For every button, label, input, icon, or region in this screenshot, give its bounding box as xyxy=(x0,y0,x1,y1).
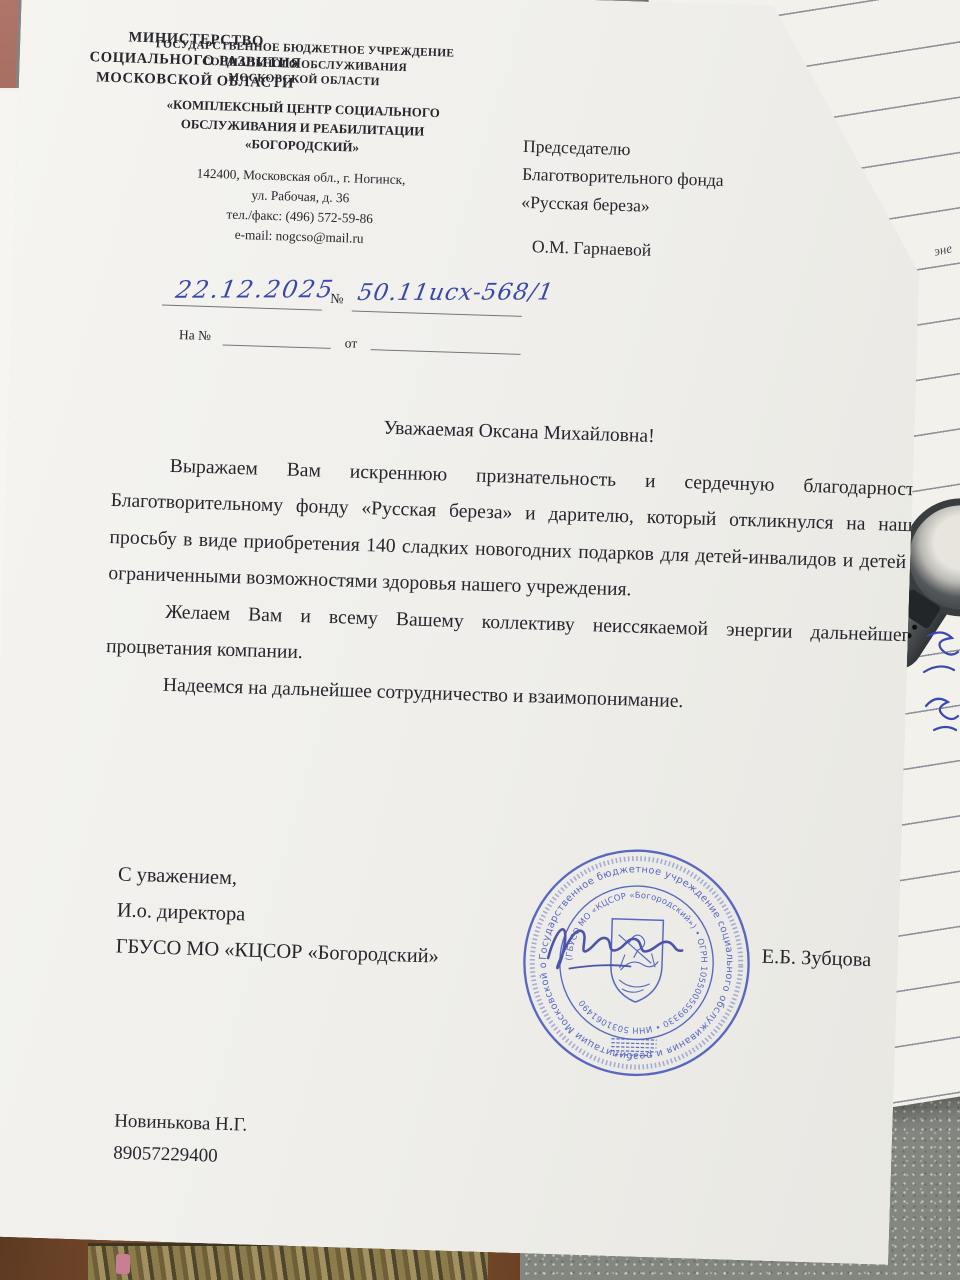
blue-pen-scribbles xyxy=(914,628,960,738)
handwritten-date: 22.12.2025 xyxy=(174,275,337,303)
closing-block: С уважением, И.о. директора ГБУСО МО «КЦ… xyxy=(115,857,441,975)
official-stamp: Государственное бюджетное учреждение соц… xyxy=(515,841,758,1084)
letter-body: Выражаем Вам искреннюю признательность и… xyxy=(104,447,924,727)
reply-number-label: На № xyxy=(179,327,211,344)
address-block: 142400, Московская обл., г. Ногинск, ул.… xyxy=(84,160,516,253)
date-underline xyxy=(162,305,322,311)
stamp-coat-of-arms xyxy=(610,919,664,1003)
executor-phone: 89057229400 xyxy=(113,1137,247,1173)
reply-number-underline xyxy=(223,344,331,348)
center-name: «КОМПЛЕКСНЫЙ ЦЕНТР СОЦИАЛЬНОГО ОБСЛУЖИВА… xyxy=(87,93,519,161)
number-underline xyxy=(352,311,522,317)
rug-pink-thread xyxy=(116,1254,130,1274)
recipient-block: Председателю Благотворительного фонда «Р… xyxy=(521,132,853,227)
official-letter-page: МИНИСТЕРСТВО СОЦИАЛЬНОГО РАЗВИТИЯ МОСКОВ… xyxy=(0,0,928,1265)
ministry-name: МИНИСТЕРСТВО СОЦИАЛЬНОГО РАЗВИТИЯ МОСКОВ… xyxy=(89,26,303,95)
executor-name: Новинькова Н.Г. xyxy=(114,1105,248,1141)
handwritten-outgoing-number: 50.11исх-568/1 xyxy=(356,280,556,306)
recipient-name: О.М. Гарнаевой xyxy=(532,236,652,261)
executor-contact: Новинькова Н.Г. 89057229400 xyxy=(113,1105,248,1173)
body-paragraph: Выражаем Вам искреннюю признательность и… xyxy=(108,447,924,618)
number-sign: № xyxy=(330,292,344,308)
stamp-inner-ring-text: (ГБУСО МО «КЦСОР «Богородский») • ОГРН 1… xyxy=(561,888,711,1038)
reply-date-underline xyxy=(371,349,521,355)
salutation: Уважаемая Оксана Михайловна! xyxy=(113,409,925,456)
letterhead: МИНИСТЕРСТВО СОЦИАЛЬНОГО РАЗВИТИЯ МОСКОВ… xyxy=(84,26,521,253)
signer-name: Е.Б. Зубцова xyxy=(761,946,871,972)
reply-reference-row: На № от xyxy=(178,327,539,364)
svg-text:(ГБУСО МО «КЦСОР «Богородский»: (ГБУСО МО «КЦСОР «Богородский») • ОГРН 1… xyxy=(561,888,711,1038)
photo-of-letter-scene: эне я ю о. и т: ю d г МИНИСТЕРСТВО СОЦИА… xyxy=(0,0,960,1280)
stamp-inner-circle xyxy=(557,884,715,1042)
reply-date-label: от xyxy=(345,335,358,351)
registration-row: 22.12.2025 № 50.11исх-568/1 xyxy=(161,275,582,332)
